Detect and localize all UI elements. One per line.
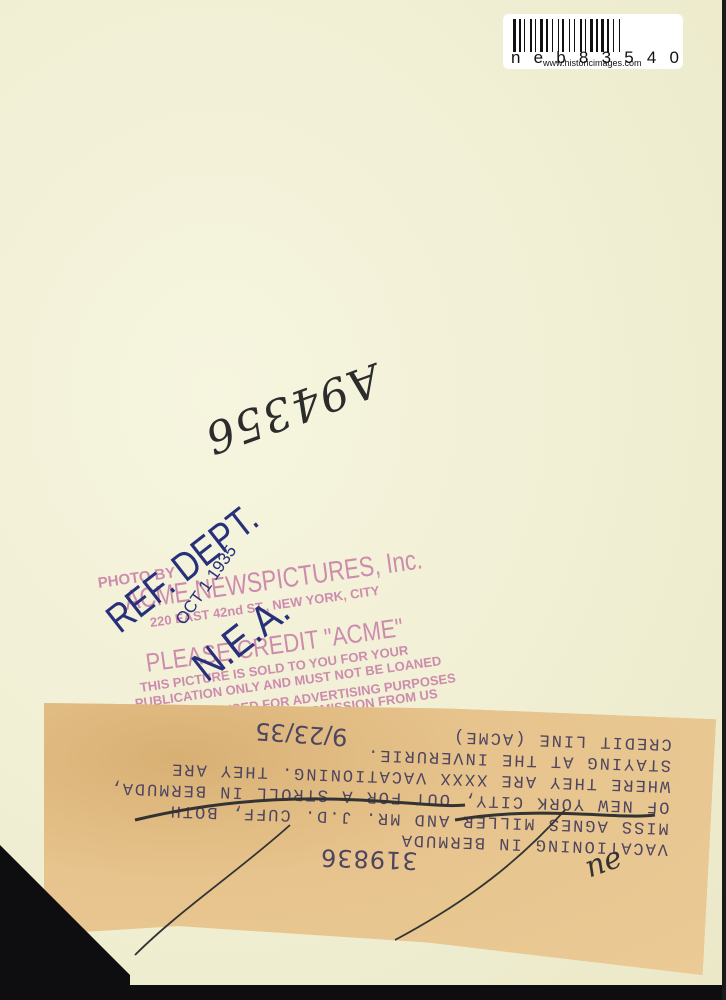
strike-line-2 [455, 813, 655, 820]
strike-line-1 [135, 799, 465, 820]
arrow-line-2 [395, 810, 565, 940]
corner-shadow [0, 845, 130, 1000]
pencil-marks [0, 0, 726, 1000]
arrow-line-1 [135, 825, 290, 955]
